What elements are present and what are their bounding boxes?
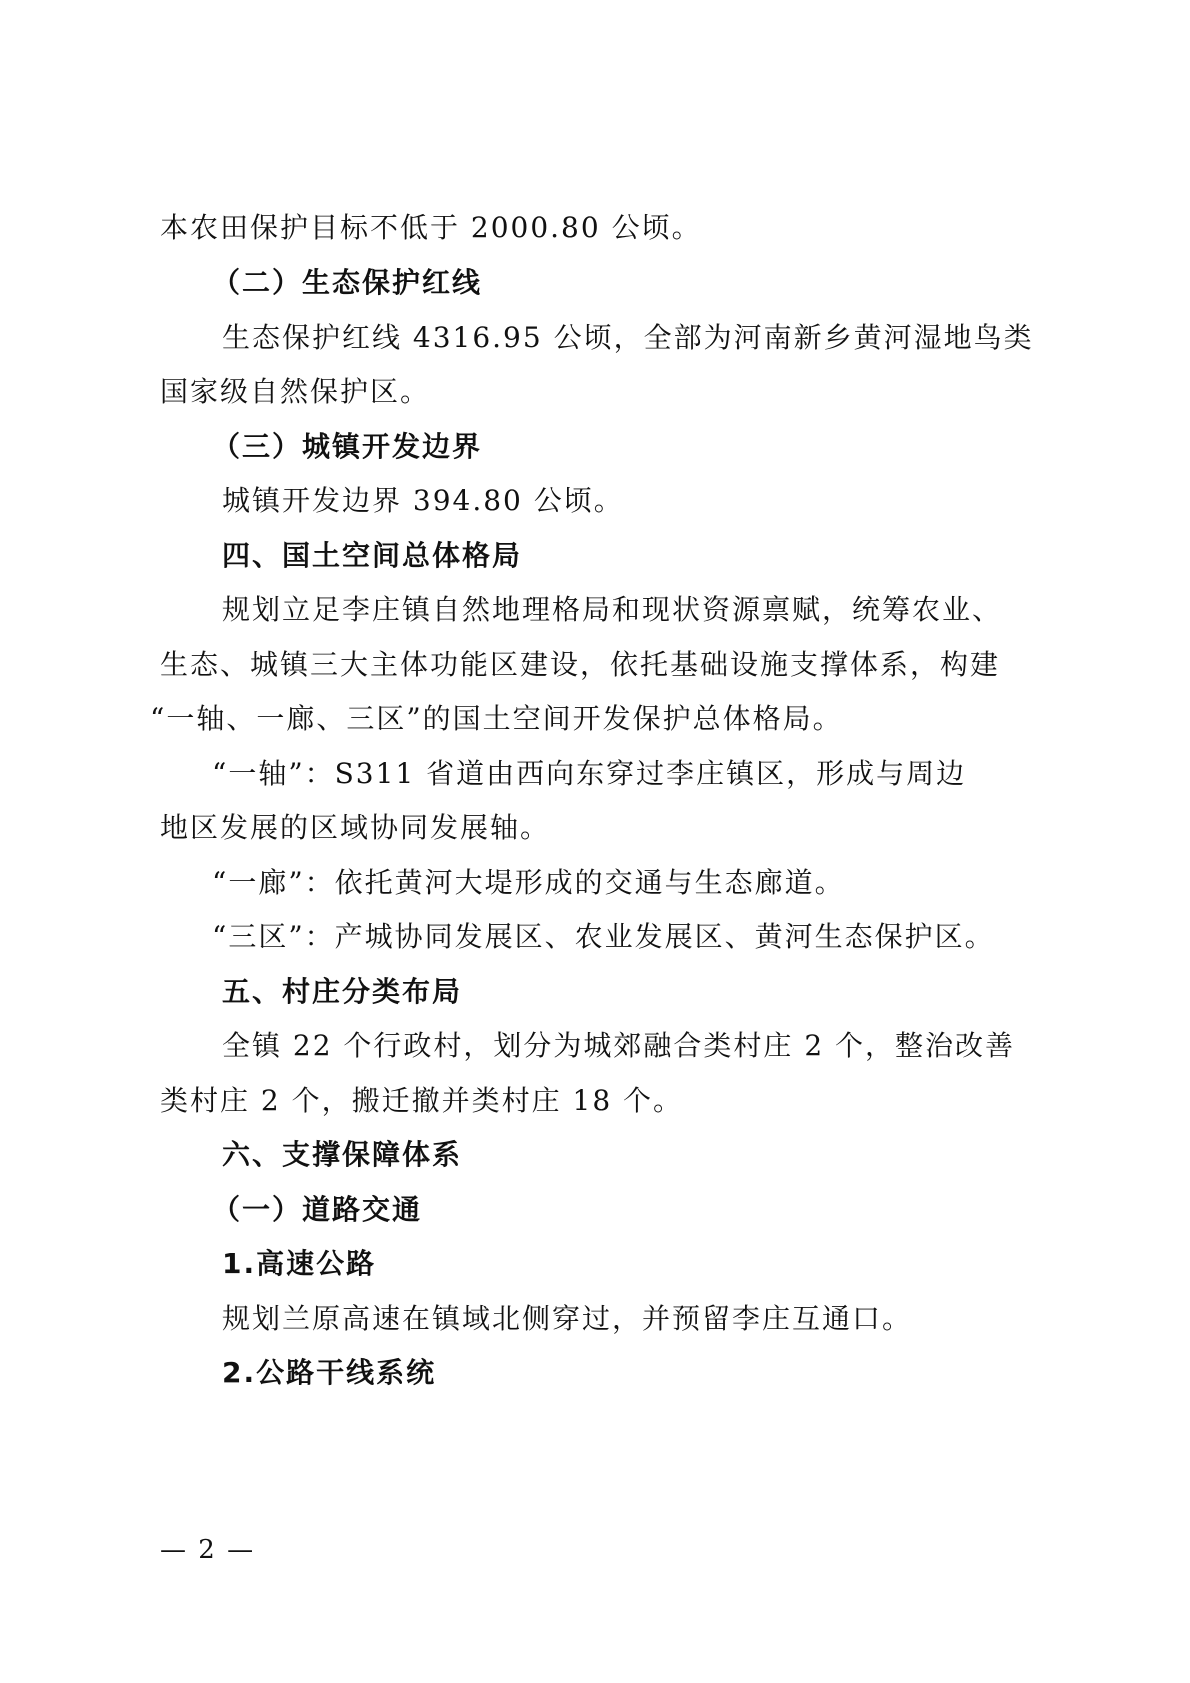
subheading-expressway: 1.高速公路 [222,1244,1102,1284]
paragraph-line: 规划立足李庄镇自然地理格局和现状资源禀赋，统筹农业、 [222,590,1102,630]
paragraph-line: 地区发展的区域协同发展轴。 [160,808,1040,848]
subheading-urban-boundary: （三）城镇开发边界 [212,427,1092,467]
paragraph-line: 类村庄 2 个，搬迁撤并类村庄 18 个。 [160,1081,1040,1121]
paragraph-line: 城镇开发边界 394.80 公顷。 [222,481,1102,521]
paragraph-line: “一轴、一廊、三区”的国土空间开发保护总体格局。 [150,699,1030,739]
paragraph-line: “一轴”：S311 省道由西向东穿过李庄镇区，形成与周边 [212,754,1092,794]
page-number: — 2 — [160,1532,255,1568]
paragraph-line: 生态、城镇三大主体功能区建设，依托基础设施支撑体系，构建 [160,645,1040,685]
heading-spatial-pattern: 四、国土空间总体格局 [222,536,1102,576]
document-page: 本农田保护目标不低于 2000.80 公顷。 （二）生态保护红线 生态保护红线 … [0,0,1190,1683]
paragraph-line: 全镇 22 个行政村，划分为城郊融合类村庄 2 个，整治改善 [222,1026,1102,1066]
subheading-highway-system: 2.公路干线系统 [222,1353,1102,1393]
paragraph-line: 国家级自然保护区。 [160,372,1040,412]
subheading-road-traffic: （一）道路交通 [212,1190,1092,1230]
paragraph-line: 生态保护红线 4316.95 公顷，全部为河南新乡黄河湿地鸟类 [222,318,1102,358]
heading-village-layout: 五、村庄分类布局 [222,972,1102,1012]
paragraph-line: “一廊”：依托黄河大堤形成的交通与生态廊道。 [212,863,1092,903]
subheading-ecological-redline: （二）生态保护红线 [212,263,1092,303]
paragraph-line: 规划兰原高速在镇域北侧穿过，并预留李庄互通口。 [222,1299,1102,1339]
paragraph-line: “三区”：产城协同发展区、农业发展区、黄河生态保护区。 [212,917,1092,957]
paragraph-line: 本农田保护目标不低于 2000.80 公顷。 [160,208,1040,248]
heading-support-system: 六、支撑保障体系 [222,1135,1102,1175]
